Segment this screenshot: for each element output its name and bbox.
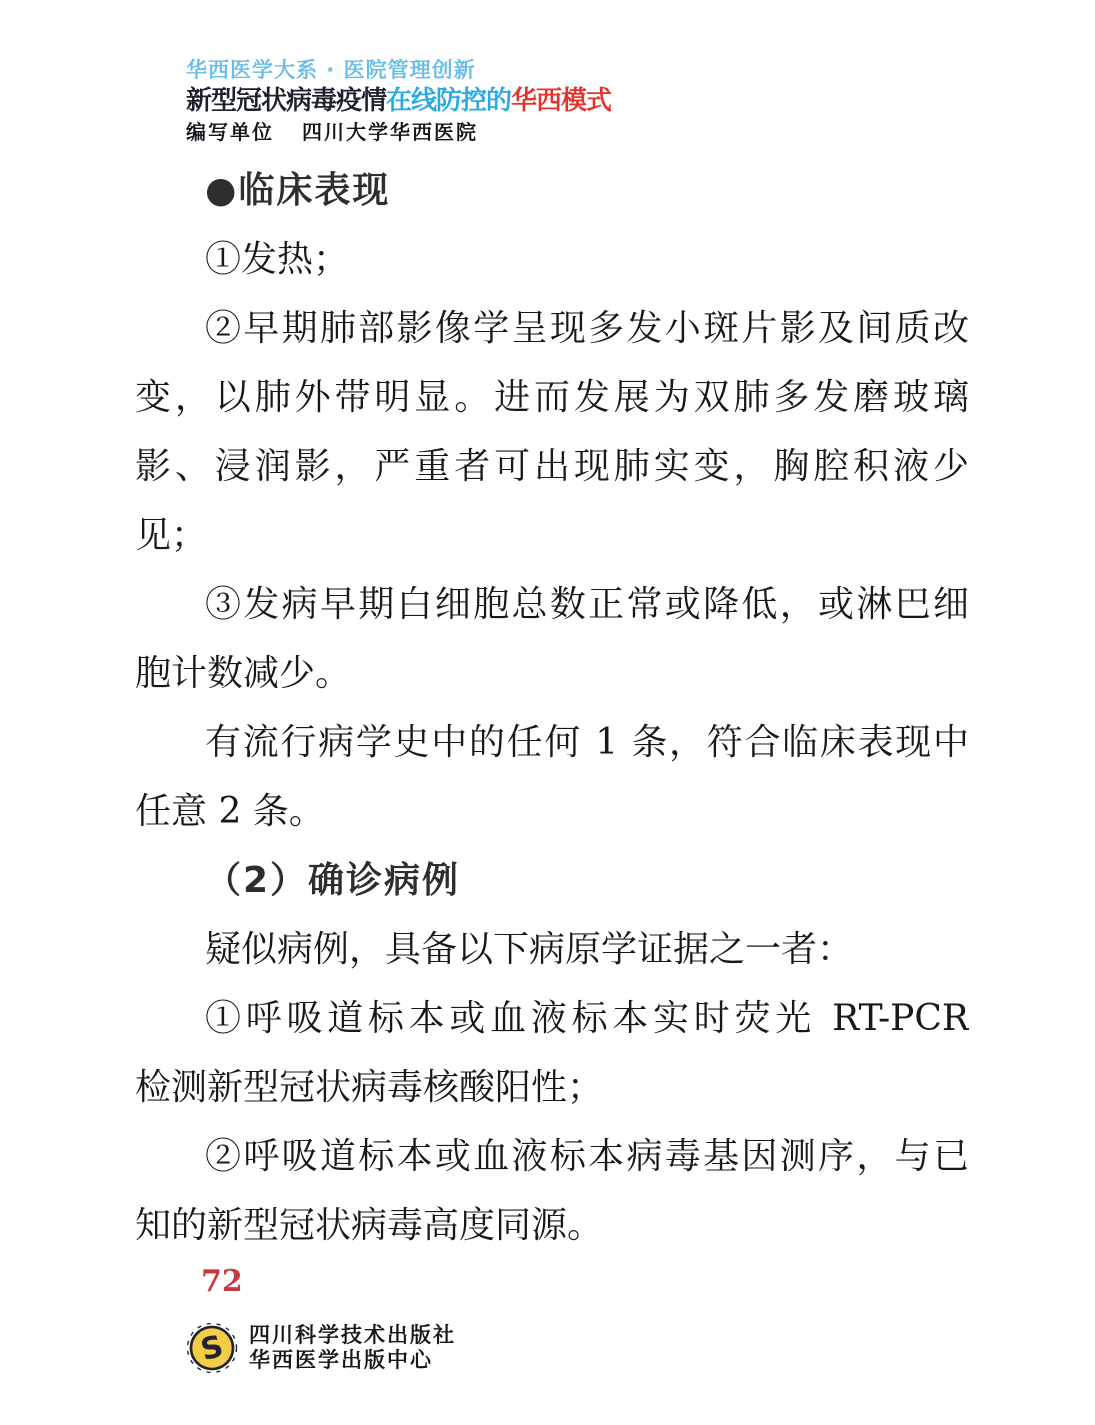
- body-text-line: 知的新型冠状病毒高度同源。: [135, 1191, 969, 1260]
- body-text-line: 变，以肺外带明显。进而发展为双肺多发磨玻璃: [135, 363, 969, 432]
- body-text-line: 见；: [135, 501, 969, 570]
- body-text-line: 疑似病例，具备以下病原学证据之一者：: [135, 915, 969, 984]
- body-text-line: ②早期肺部影像学呈现多发小斑片影及间质改: [135, 294, 969, 363]
- body-text-line: 检测新型冠状病毒核酸阳性；: [135, 1053, 969, 1122]
- page-header: 华西医学大系 · 医院管理创新 新型冠状病毒疫情在线防控的华西模式 编写单位四川…: [186, 56, 611, 147]
- compiler-label: 编写单位: [186, 120, 274, 144]
- body-text: ●临床表现①发热；②早期肺部影像学呈现多发小斑片影及间质改变，以肺外带明显。进而…: [135, 156, 969, 1260]
- publisher-text: 四川科学技术出版社 华西医学出版中心: [249, 1323, 456, 1373]
- book-title-part-dark: 新型冠状病毒疫情: [186, 86, 386, 116]
- section-heading-line: ●临床表现: [135, 156, 969, 225]
- page-number: 72: [201, 1264, 243, 1300]
- book-title-part-blue: 在线防控的: [386, 86, 511, 116]
- body-text-line: ①发热；: [135, 225, 969, 294]
- body-text-line: ③发病早期白细胞总数正常或降低，或淋巴细: [135, 570, 969, 639]
- book-page: 华西医学大系 · 医院管理创新 新型冠状病毒疫情在线防控的华西模式 编写单位四川…: [0, 0, 1095, 1425]
- body-text-line: ②呼吸道标本或血液标本病毒基因测序，与已: [135, 1122, 969, 1191]
- body-text-line: ①呼吸道标本或血液标本实时荧光 RT-PCR: [135, 984, 969, 1053]
- section-heading-line: （2）确诊病例: [135, 846, 969, 915]
- body-text-line: 胞计数减少。: [135, 639, 969, 708]
- publisher-center: 华西医学出版中心: [249, 1348, 456, 1373]
- body-text-line: 有流行病学史中的任何 1 条，符合临床表现中: [135, 708, 969, 777]
- book-title: 新型冠状病毒疫情在线防控的华西模式: [186, 85, 611, 117]
- body-text-line: 任意 2 条。: [135, 777, 969, 846]
- compiler-line: 编写单位四川大学华西医院: [186, 117, 611, 147]
- publisher-logo-icon: S: [186, 1322, 238, 1374]
- book-title-part-red: 华西模式: [511, 86, 611, 116]
- compiler-name: 四川大学华西医院: [302, 120, 478, 144]
- publisher-name: 四川科学技术出版社: [249, 1323, 456, 1348]
- series-title: 华西医学大系 · 医院管理创新: [186, 56, 611, 85]
- page-footer: S 四川科学技术出版社 华西医学出版中心: [186, 1322, 456, 1374]
- body-text-line: 影、浸润影，严重者可出现肺实变，胸腔积液少: [135, 432, 969, 501]
